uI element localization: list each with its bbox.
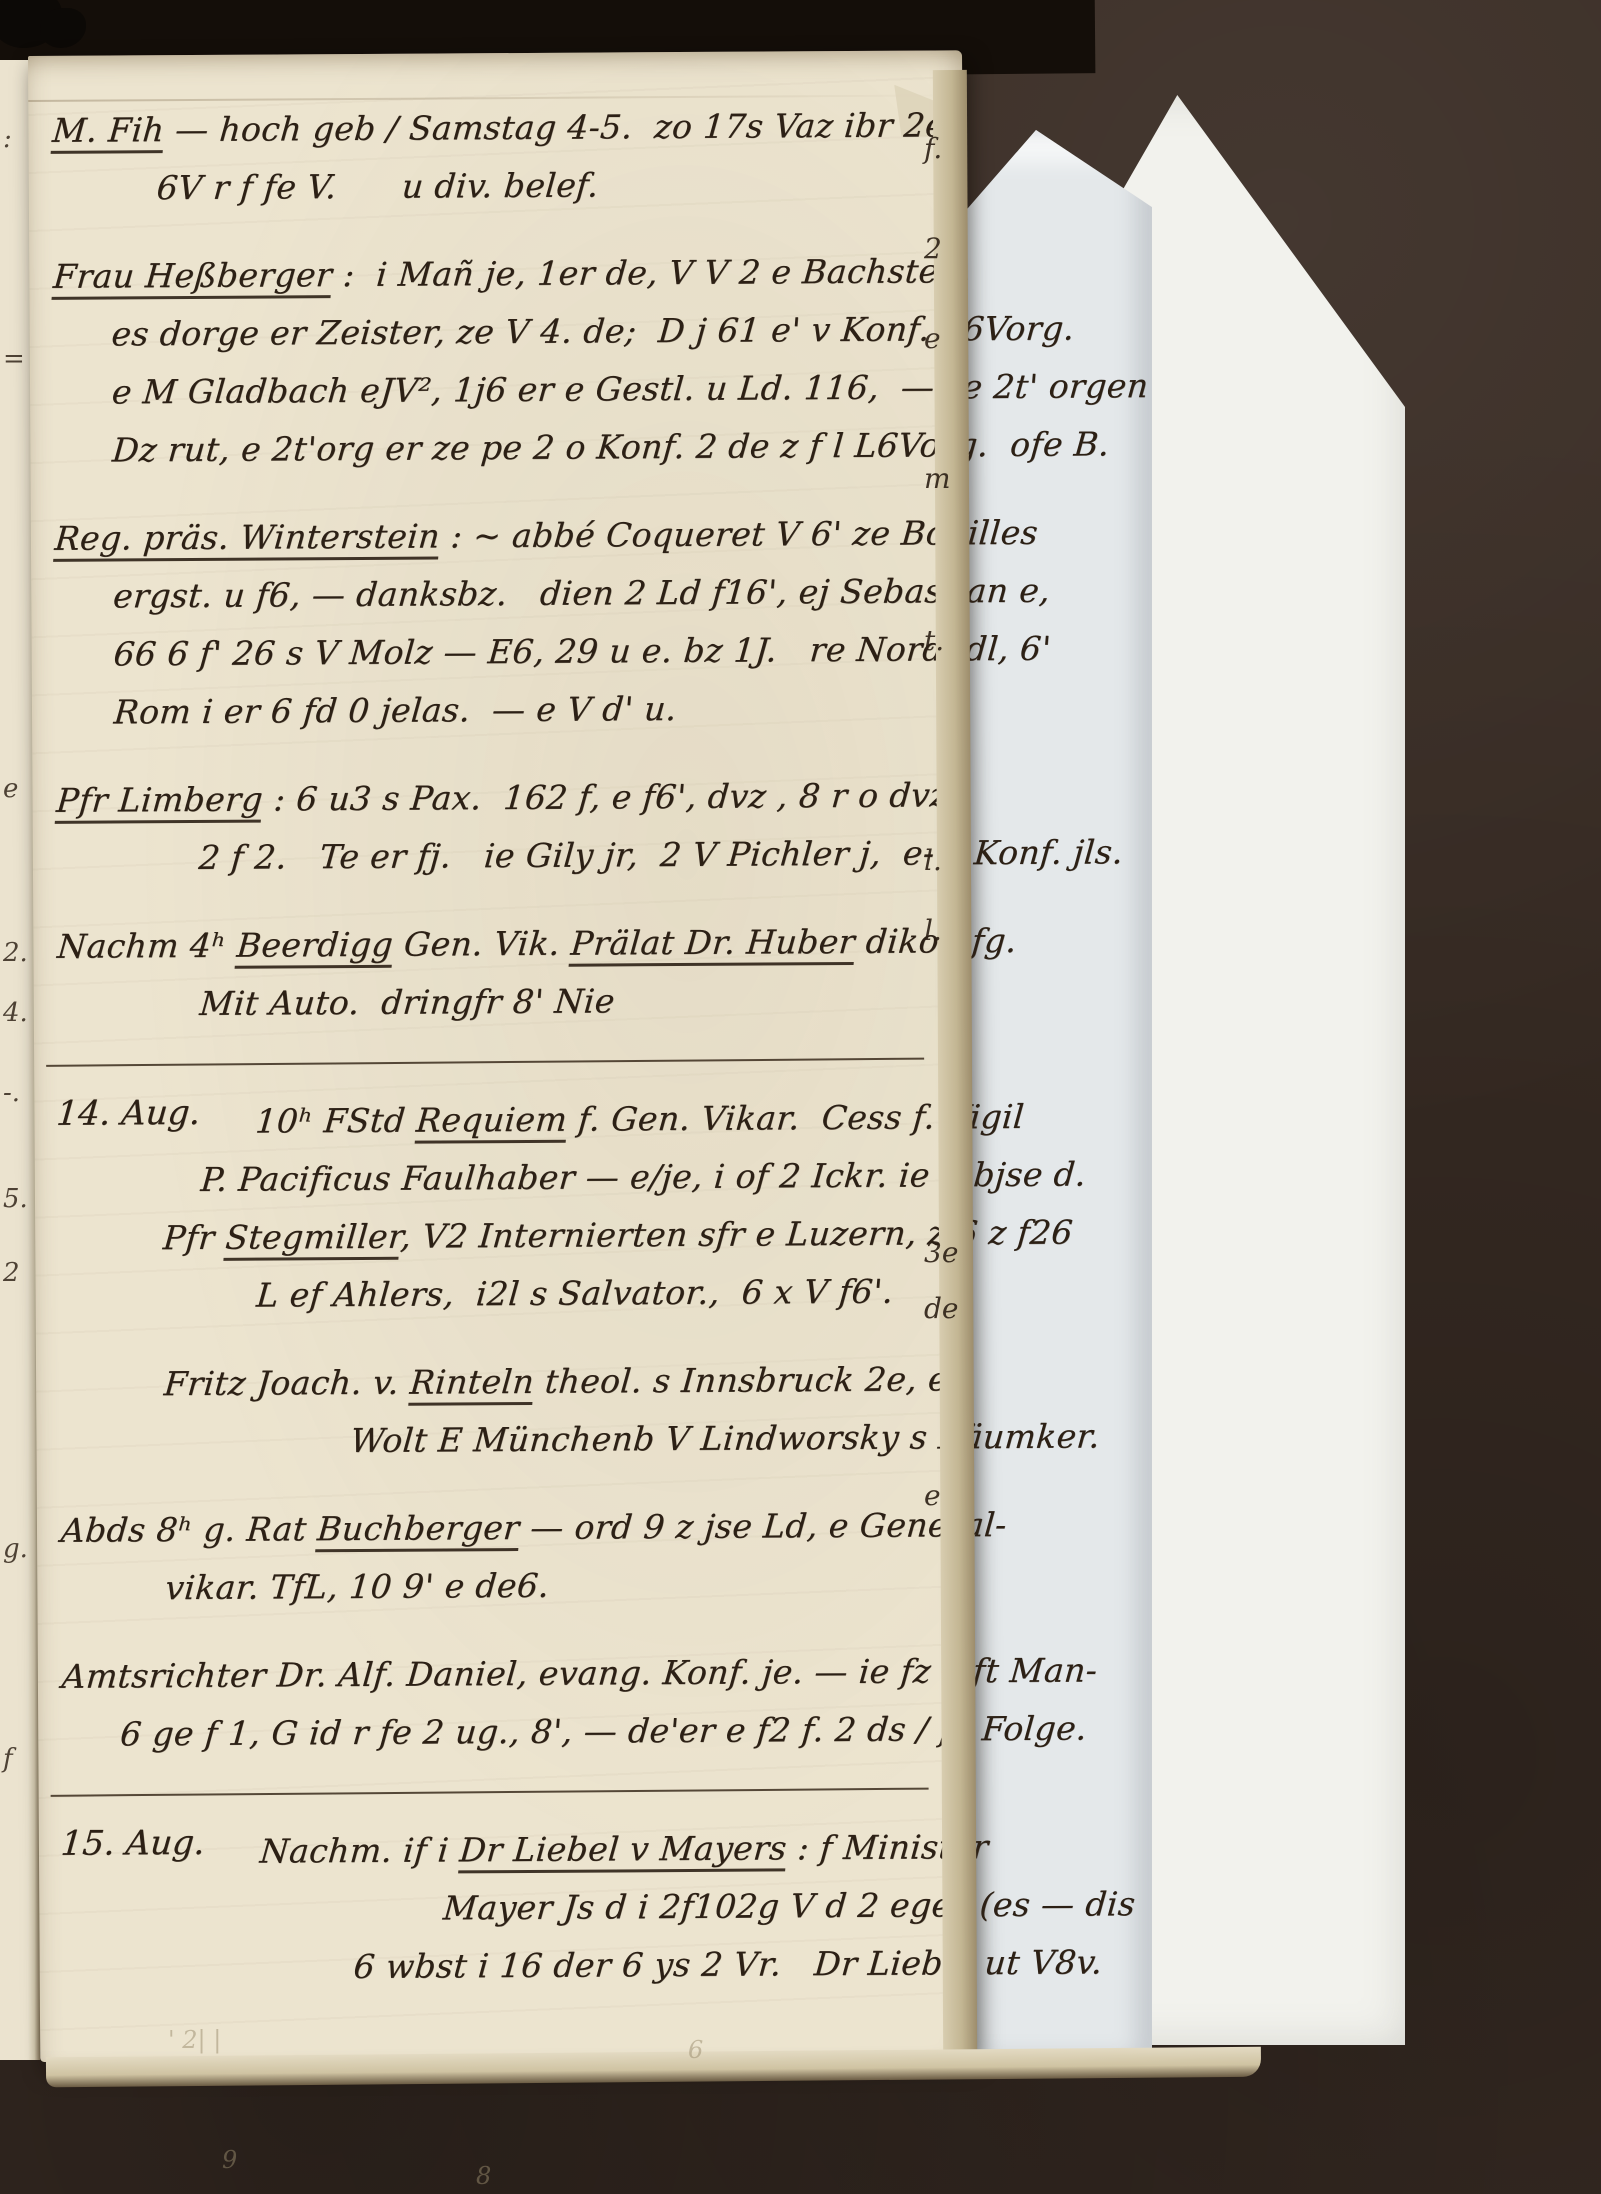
faint-mark: 9 — [222, 2146, 237, 2174]
entry-divider — [46, 1058, 924, 1067]
cut-off-character: e — [924, 322, 941, 355]
handwriting-line: Mayer Js d i 2f102g V d 2 eges (es — dis — [53, 1876, 963, 1940]
handwriting-line: 2 f 2. Te er fj. ie Gily jr, 2 V Pichler… — [47, 824, 957, 888]
handwriting-text: theol. s Innsbruck 2e, er — [533, 1359, 966, 1401]
cut-off-character: 3e — [924, 1236, 958, 1269]
cut-off-character: l. — [924, 914, 942, 947]
cut-off-character: = — [3, 344, 25, 374]
handwriting-text: Wolt E Münchenb V Lindworsky s Bäumker. — [349, 1416, 1102, 1460]
underlined-name: Frau Heßberger — [51, 255, 333, 300]
handwriting-line: 6V r f fe V. u div. belef. — [42, 154, 952, 218]
handwriting-line: P. Pacificus Faulhaber — e/je, i of 2 Ic… — [49, 1146, 959, 1210]
diary-entry: M. Fih — hoch geb / Samstag 4-5. zo 17s … — [44, 96, 950, 218]
faint-mark: 8 — [476, 2162, 491, 2190]
cut-off-character: 2 — [924, 232, 942, 265]
handwriting-text: ergst. u f6, — danksbz. dien 2 Ld f16', … — [112, 571, 1052, 616]
handwriting-line: Pfr Stegmiller, V2 Internierten sfr e Lu… — [49, 1204, 959, 1268]
handwriting-line: vikar. TfL, 10 9' e de6. — [51, 1554, 961, 1618]
handwriting-text: L ef Ahlers, i2l s Salvator., 6 x V f6'. — [255, 1272, 895, 1315]
underlined-name: Rinteln — [408, 1362, 536, 1406]
handwriting-text: 2 f 2. Te er fj. ie Gily jr, 2 V Pichler… — [197, 832, 1125, 877]
cut-off-character: t. — [924, 624, 944, 657]
cut-off-character: g. — [3, 1534, 28, 1564]
handwriting-text: 10ʰ FStd — [254, 1101, 418, 1141]
handwriting-text: Rom i er 6 fd 0 jelas. — e V d' u. — [112, 689, 678, 731]
handwriting-text: — hoch geb / Samstag 4-5. zo 17s Vaz ibr… — [163, 105, 970, 149]
handwriting-line: es dorge er Zeister, ze V 4. de; D j 61 … — [43, 300, 953, 364]
cut-off-character: : — [3, 124, 12, 154]
handwriting-line: Nachm 4ʰ Beerdigg Gen. Vik. Prälat Dr. H… — [47, 912, 957, 976]
underlined-name: Reg. präs. Winterstein — [53, 516, 442, 561]
cut-off-character: 2 — [3, 1258, 20, 1288]
handwriting-line: Pfr Limberg : 6 u3 s Pax. 162 f, e f6', … — [46, 766, 956, 830]
diary-entry: Frau Heßberger : i Mañ je, 1er de, V V 2… — [45, 242, 951, 480]
handwriting-text: Gen. Vik. — [392, 924, 573, 964]
handwriting-line: L ef Ahlers, i2l s Salvator., 6 x V f6'. — [49, 1262, 959, 1326]
cut-off-character: l. — [924, 844, 942, 877]
handwriting-line: Frau Heßberger : i Mañ je, 1er de, V V 2… — [43, 242, 953, 306]
diary-entry: 15. Aug.Nachm. if i Dr Liebel v Mayers :… — [55, 1818, 961, 1998]
handwriting-line: ergst. u f6, — danksbz. dien 2 Ld f16', … — [45, 562, 955, 626]
handwriting-text: e M Gladbach eJV², 1j6 er e Gestl. u Ld.… — [111, 366, 1151, 411]
handwriting-text: , V2 Internierten sfr e Luzern, z 6 z f2… — [399, 1213, 1074, 1256]
diary-entry: 14. Aug.10ʰ FStd Requiem f. Gen. Vikar. … — [50, 1088, 956, 1326]
handwriting-line: 66 6 f' 26 s V Molz — E6, 29 u e. bz 1J.… — [45, 620, 955, 684]
handwriting-line: Reg. präs. Winterstein : ~ abbé Coqueret… — [45, 504, 955, 568]
cut-off-character: 4. — [3, 998, 28, 1028]
handwriting-text: Mayer Js d i 2f102g V d 2 eges (es — dis — [442, 1884, 1137, 1927]
handwriting-text: 6 wbst i 16 der 6 ys 2 Vr. Dr Liebel ut … — [352, 1942, 1104, 1986]
handwriting-line: Wolt E Münchenb V Lindworsky s Bäumker. — [50, 1408, 960, 1472]
underlined-name: Stegmiller — [224, 1217, 403, 1261]
handwriting-text: Nachm 4ʰ — [56, 926, 239, 966]
handwriting-line: Mit Auto. dringfr 8' Nie — [47, 970, 957, 1034]
manuscript-photo: :=e2.4.-.5.2g.f M. Fih — hoch geb / Sams… — [0, 0, 1601, 2194]
underlined-name: Buchberger — [316, 1508, 522, 1552]
cut-off-character: m — [924, 462, 951, 495]
underlined-name: M. Fih — [51, 110, 166, 154]
cut-off-character: 2. — [3, 938, 28, 968]
cut-off-character: de — [924, 1292, 959, 1325]
diary-entry: Fritz Joach. v. Rinteln theol. s Innsbru… — [52, 1350, 958, 1472]
diary-page: M. Fih — hoch geb / Samstag 4-5. zo 17s … — [28, 50, 974, 2062]
cut-off-character: f. — [924, 132, 942, 165]
cut-off-character: e — [924, 1479, 941, 1512]
handwriting-text: 6V r f fe V. u div. belef. — [155, 166, 600, 208]
handwriting-line: 6 ge f 1, G id r fe 2 ug., 8', — de'er e… — [52, 1700, 962, 1764]
handwriting-line: 10ʰ FStd Requiem f. Gen. Vikar. Cess f. … — [48, 1088, 958, 1152]
cut-off-character: e — [3, 774, 18, 804]
faint-mark: ' 2| | — [168, 2026, 221, 2054]
diary-entry: Pfr Limberg : 6 u3 s Pax. 162 f, e f6', … — [48, 766, 954, 888]
entries: M. Fih — hoch geb / Samstag 4-5. zo 17s … — [44, 96, 961, 2027]
handwriting-text: Mit Auto. dringfr 8' Nie — [198, 981, 616, 1023]
handwriting-text: 66 6 f' 26 s V Molz — E6, 29 u e. bz 1J.… — [112, 629, 1052, 674]
handwriting-line: Amtsrichter Dr. Alf. Daniel, evang. Konf… — [52, 1642, 962, 1706]
handwriting-text: vikar. TfL, 10 9' e de6. — [164, 1566, 551, 1607]
handwriting-line: Nachm. if i Dr Liebel v Mayers : f Minis… — [53, 1818, 963, 1882]
diary-entry: Reg. präs. Winterstein : ~ abbé Coqueret… — [47, 504, 953, 742]
cut-off-character: f — [3, 1744, 13, 1774]
underlined-name: Prälat Dr. Huber — [569, 922, 857, 967]
diary-entry: Amtsrichter Dr. Alf. Daniel, evang. Konf… — [54, 1642, 960, 1764]
handwriting-line: Dz rut, e 2t'org er ze pe 2 o Konf. 2 de… — [44, 416, 954, 480]
handwriting-text: Fritz Joach. v. — [163, 1363, 412, 1404]
entry-divider — [51, 1788, 929, 1797]
handwriting-line: Fritz Joach. v. Rinteln theol. s Innsbru… — [50, 1350, 960, 1414]
handwriting-line: Abds 8ʰ g. Rat Buchberger — ord 9 z jse … — [51, 1496, 961, 1560]
underlined-name: Requiem — [414, 1100, 568, 1144]
handwriting-text: : 6 u3 s Pax. 162 f, e f6', dvz , 8 r o … — [261, 775, 960, 818]
handwriting-line: 6 wbst i 16 der 6 ys 2 Vr. Dr Liebel ut … — [53, 1934, 963, 1998]
handwriting-text: Pfr — [162, 1218, 227, 1257]
handwriting-text: Abds 8ʰ g. Rat — [59, 1509, 319, 1550]
underlined-name: Dr Liebel v Mayers — [458, 1828, 789, 1873]
faint-mark: 6 — [688, 2036, 703, 2064]
handwriting-line: M. Fih — hoch geb / Samstag 4-5. zo 17s … — [42, 96, 952, 160]
underlined-name: Beerdigg — [235, 925, 395, 969]
diary-entry: Nachm 4ʰ Beerdigg Gen. Vik. Prälat Dr. H… — [49, 912, 955, 1034]
diary-entry: Abds 8ʰ g. Rat Buchberger — ord 9 z jse … — [53, 1496, 959, 1618]
handwriting-line: Rom i er 6 fd 0 jelas. — e V d' u. — [46, 678, 956, 742]
handwriting-text: Nachm. if i — [258, 1830, 461, 1870]
handwriting-text: : i Mañ je, 1er de, V V 2 e Bachsteg, — [331, 251, 973, 294]
cut-off-character: 5. — [3, 1184, 28, 1214]
handwriting-line: e M Gladbach eJV², 1j6 er e Gestl. u Ld.… — [44, 358, 954, 422]
cut-off-character: -. — [3, 1078, 20, 1108]
underlined-name: Pfr Limberg — [55, 780, 265, 824]
